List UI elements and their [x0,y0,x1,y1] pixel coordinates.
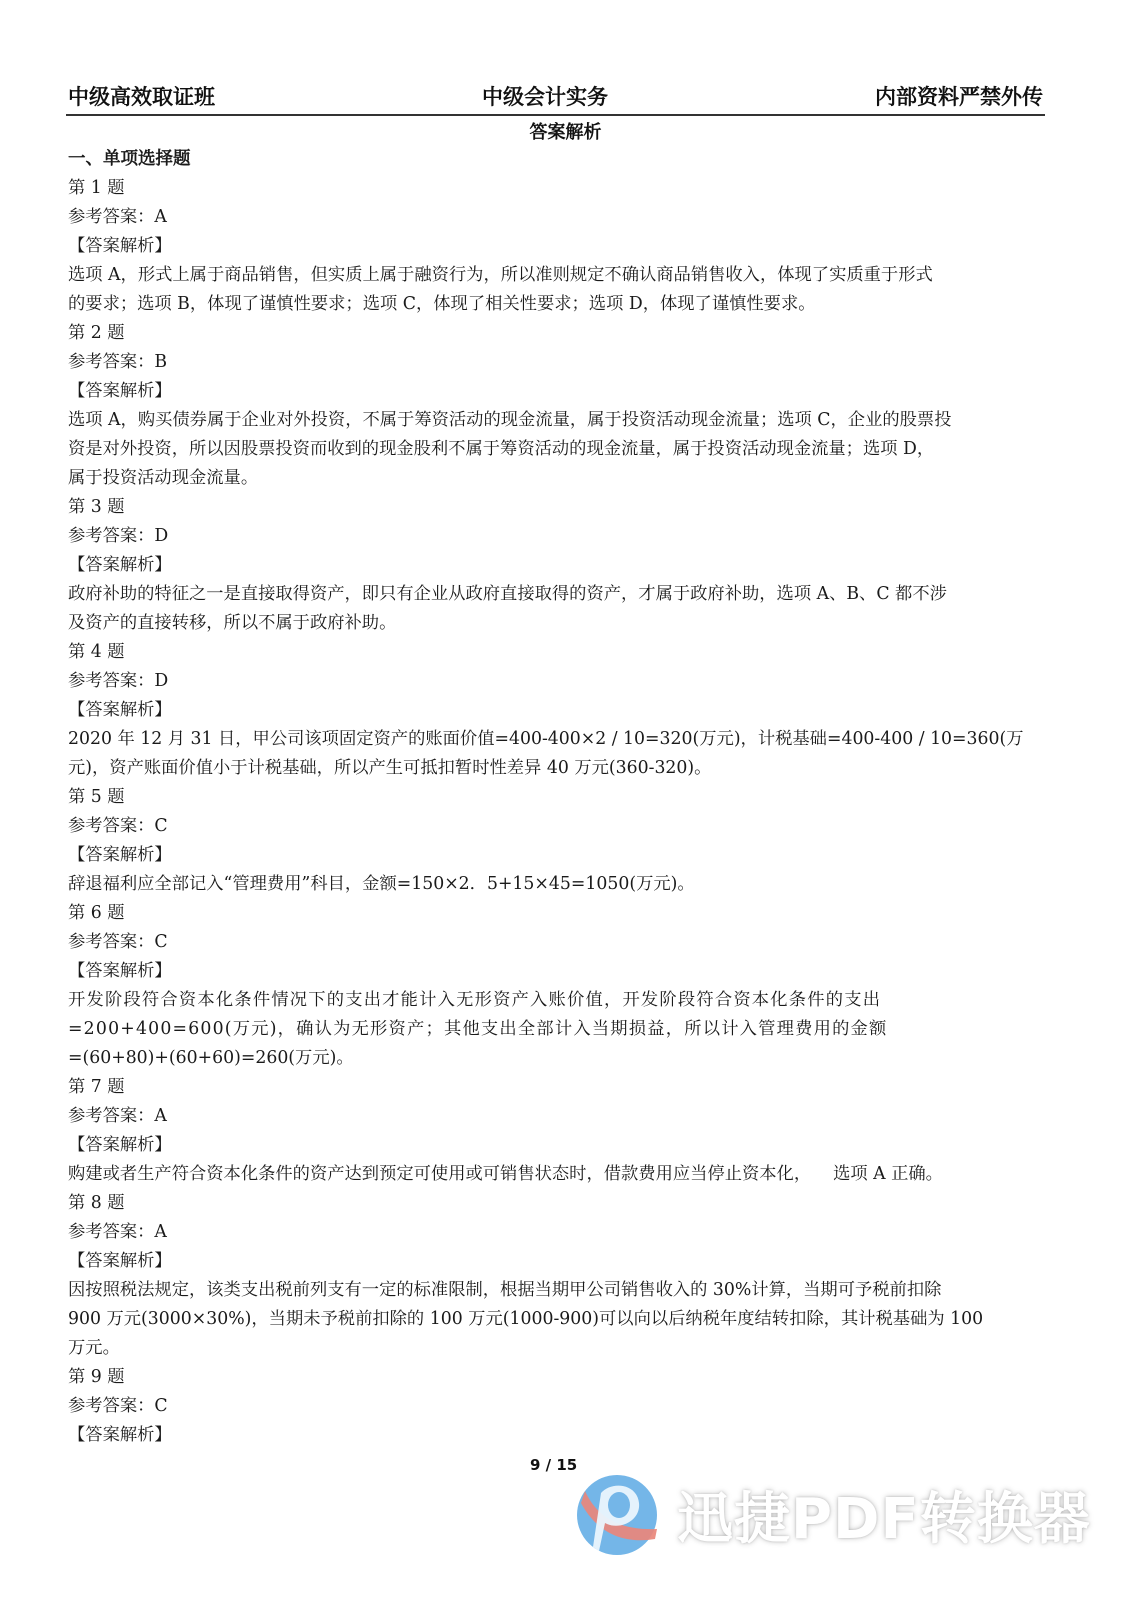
analysis-label: 【答案解析】 [68,696,1043,725]
watermark: 迅捷PDF转换器 [575,1460,1095,1570]
analysis-line: 开发阶段符合资本化条件情况下的支出才能计入无形资产入账价值，开发阶段符合资本化条… [68,986,1043,1015]
question-answer: 参考答案：A [68,1218,1043,1247]
header-divider [66,114,1045,116]
analysis-line: =(60+80)+(60+60)=260(万元)。 [68,1044,1043,1073]
analysis-line: 元)，资产账面价值小于计税基础，所以产生可抵扣暂时性差异 40 万元(360-3… [68,754,1043,783]
question-block: 第 9 题 参考答案：C 【答案解析】 [68,1363,1043,1450]
analysis-line: 辞退福利应全部记入“管理费用”科目，金额=150×2．5+15×45=1050(… [68,870,1043,899]
question-number: 第 7 题 [68,1073,1043,1102]
header-center: 中级会计实务 [482,81,608,111]
question-number: 第 1 题 [68,174,1043,203]
question-answer: 参考答案：B [68,348,1043,377]
analysis-label: 【答案解析】 [68,377,1043,406]
analysis-label: 【答案解析】 [68,957,1043,986]
question-number: 第 3 题 [68,493,1043,522]
analysis-line: 900 万元(3000×30%)，当期未予税前扣除的 100 万元(1000-9… [68,1305,1043,1334]
analysis-line: 选项 A，购买债券属于企业对外投资，不属于筹资活动的现金流量，属于投资活动现金流… [68,406,1043,435]
question-answer: 参考答案：A [68,1102,1043,1131]
analysis-label: 【答案解析】 [68,1131,1043,1160]
question-number: 第 6 题 [68,899,1043,928]
question-block: 第 1 题 参考答案：A 【答案解析】 选项 A，形式上属于商品销售，但实质上属… [68,174,1043,319]
xunjie-pdf-logo-icon [575,1473,659,1557]
analysis-line: 政府补助的特征之一是直接取得资产，即只有企业从政府直接取得的资产，才属于政府补助… [68,580,1043,609]
analysis-line: 的要求；选项 B，体现了谨慎性要求；选项 C，体现了相关性要求；选项 D，体现了… [68,290,1043,319]
analysis-label: 【答案解析】 [68,841,1043,870]
analysis-line: 购建或者生产符合资本化条件的资产达到预定可使用或可销售状态时，借款费用应当停止资… [68,1160,1043,1189]
page-header: 中级高效取证班 中级会计实务 内部资料严禁外传 [68,80,1043,112]
section-title: 一、单项选择题 [68,145,1043,174]
question-number: 第 8 题 [68,1189,1043,1218]
question-block: 第 3 题 参考答案：D 【答案解析】 政府补助的特征之一是直接取得资产，即只有… [68,493,1043,638]
header-left: 中级高效取证班 [68,81,215,111]
analysis-line: 属于投资活动现金流量。 [68,464,1043,493]
question-number: 第 5 题 [68,783,1043,812]
question-number: 第 2 题 [68,319,1043,348]
analysis-label: 【答案解析】 [68,232,1043,261]
analysis-label: 【答案解析】 [68,1247,1043,1276]
question-block: 第 7 题 参考答案：A 【答案解析】 购建或者生产符合资本化条件的资产达到预定… [68,1073,1043,1189]
question-answer: 参考答案：D [68,667,1043,696]
content-body: 一、单项选择题 第 1 题 参考答案：A 【答案解析】 选项 A，形式上属于商品… [68,145,1043,1450]
analysis-line: 及资产的直接转移，所以不属于政府补助。 [68,609,1043,638]
analysis-line: 万元。 [68,1334,1043,1363]
page-indicator: 9 / 15 [530,1456,577,1474]
question-block: 第 8 题 参考答案：A 【答案解析】 因按照税法规定，该类支出税前列支有一定的… [68,1189,1043,1363]
question-number: 第 4 题 [68,638,1043,667]
question-answer: 参考答案：C [68,812,1043,841]
doc-title: 答案解析 [0,118,1131,144]
question-answer: 参考答案：C [68,1392,1043,1421]
question-block: 第 5 题 参考答案：C 【答案解析】 辞退福利应全部记入“管理费用”科目，金额… [68,783,1043,899]
question-number: 第 9 题 [68,1363,1043,1392]
watermark-text: 迅捷PDF转换器 [677,1475,1091,1555]
analysis-line: 资是对外投资，所以因股票投资而收到的现金股利不属于筹资活动的现金流量，属于投资活… [68,435,1043,464]
question-block: 第 4 题 参考答案：D 【答案解析】 2020 年 12 月 31 日，甲公司… [68,638,1043,783]
question-block: 第 2 题 参考答案：B 【答案解析】 选项 A，购买债券属于企业对外投资，不属… [68,319,1043,493]
analysis-line: 2020 年 12 月 31 日，甲公司该项固定资产的账面价值=400-400×… [68,725,1043,754]
analysis-line: 选项 A，形式上属于商品销售，但实质上属于融资行为，所以准则规定不确认商品销售收… [68,261,1043,290]
question-block: 第 6 题 参考答案：C 【答案解析】 开发阶段符合资本化条件情况下的支出才能计… [68,899,1043,1073]
header-right: 内部资料严禁外传 [875,81,1043,111]
question-answer: 参考答案：A [68,203,1043,232]
analysis-label: 【答案解析】 [68,1421,1043,1450]
analysis-line: 因按照税法规定，该类支出税前列支有一定的标准限制，根据当期甲公司销售收入的 30… [68,1276,1043,1305]
analysis-label: 【答案解析】 [68,551,1043,580]
question-answer: 参考答案：C [68,928,1043,957]
question-answer: 参考答案：D [68,522,1043,551]
document-page: 中级高效取证班 中级会计实务 内部资料严禁外传 答案解析 一、单项选择题 第 1… [0,0,1131,1600]
analysis-line: =200+400=600(万元)，确认为无形资产；其他支出全部计入当期损益，所以… [68,1015,1043,1044]
